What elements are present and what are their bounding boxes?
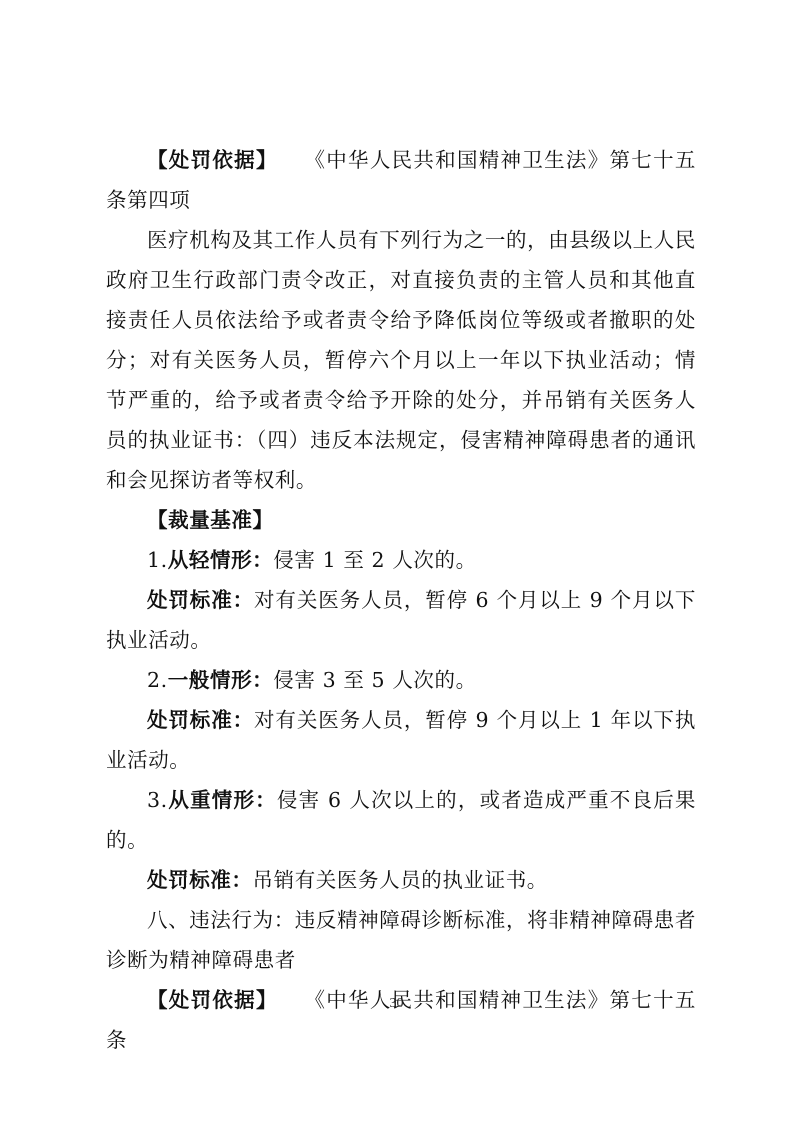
general-circumstance: 2.一般情形：侵害 3 至 5 人次的。	[106, 660, 696, 700]
violation-eight: 八、违法行为：违反精神障碍诊断标准，将非精神障碍患者诊断为精神障碍患者	[106, 900, 696, 980]
document-page: 【处罚依据】《中华人民共和国精神卫生法》第七十五条第四项 医疗机构及其工作人员有…	[106, 140, 696, 1060]
penalty-basis-heading-2: 【处罚依据】《中华人民共和国精神卫生法》第七十五条	[106, 980, 696, 1060]
law-article-text: 医疗机构及其工作人员有下列行为之一的，由县级以上人民政府卫生行政部门责令改正，对…	[106, 220, 696, 500]
penalty-basis-heading: 【处罚依据】《中华人民共和国精神卫生法》第七十五条第四项	[106, 140, 696, 220]
general-penalty: 处罚标准：对有关医务人员，暂停 9 个月以上 1 年以下执业活动。	[106, 700, 696, 780]
severe-penalty: 处罚标准：吊销有关医务人员的执业证书。	[106, 860, 696, 900]
discretion-heading: 【裁量基准】	[106, 500, 696, 540]
severe-circumstance: 3.从重情形：侵害 6 人次以上的，或者造成严重不良后果的。	[106, 780, 696, 860]
page-number: 30	[0, 996, 793, 1012]
mild-circumstance: 1.从轻情形：侵害 1 至 2 人次的。	[106, 540, 696, 580]
mild-penalty: 处罚标准：对有关医务人员，暂停 6 个月以上 9 个月以下执业活动。	[106, 580, 696, 660]
